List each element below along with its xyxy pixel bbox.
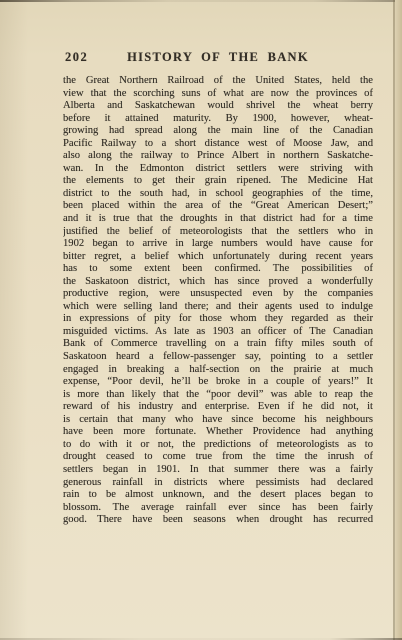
body-text: the Great Northern Railroad of the Unite… — [63, 75, 373, 527]
running-head: 202 HISTORY OF THE BANK — [63, 50, 373, 65]
text-line: blossom. The average rainfall ever since… — [63, 502, 373, 515]
text-line: wan. In the Edmonton district settlers w… — [63, 163, 373, 176]
running-header-title: HISTORY OF THE BANK — [63, 50, 373, 65]
text-line: growing had spread along the main line o… — [63, 125, 373, 138]
text-line: to do with it or not, the predictions of… — [63, 439, 373, 452]
text-line: is more than likely that the “poor devil… — [63, 389, 373, 402]
text-line: Bank of Commerce travelling on a train f… — [63, 338, 373, 351]
text-line: generous rainfall in districts where pes… — [63, 477, 373, 490]
text-line: expense, “Poor devil, he’ll be broke in … — [63, 376, 373, 389]
text-line: engaged in breaking a half-section on th… — [63, 364, 373, 377]
text-line: bitter regret, a belief which unfortunat… — [63, 251, 373, 264]
text-line: and it is true that the droughts in that… — [63, 213, 373, 226]
text-line: rain to be almost unknown, and the deser… — [63, 489, 373, 502]
text-line: before it attained maturity. By 1900, ho… — [63, 113, 373, 126]
page-edge-line — [393, 0, 395, 640]
text-line: the Great Northern Railroad of the Unite… — [63, 75, 373, 88]
text-line: the Saskatoon district, which has since … — [63, 276, 373, 289]
text-line: which were selling land there; and their… — [63, 301, 373, 314]
text-line: the elements to get their grain ripened.… — [63, 175, 373, 188]
text-line: in expressions of pity for those whom th… — [63, 313, 373, 326]
text-line: Alberta and Saskatchewan would shrivel t… — [63, 100, 373, 113]
text-line: Pacific Railway to a short distance west… — [63, 138, 373, 151]
page-edge-band — [395, 0, 402, 640]
text-line: reward of his industry and enterprise. E… — [63, 401, 373, 414]
text-line: is certain that many who have since beco… — [63, 414, 373, 427]
text-line: settlers began in 1901. In that summer t… — [63, 464, 373, 477]
text-line: productive region, were unsuspected even… — [63, 288, 373, 301]
top-edge-shadow — [0, 0, 402, 2]
text-line: district to the south had, in school geo… — [63, 188, 373, 201]
text-line: misguided victims. As late as 1903 an of… — [63, 326, 373, 339]
text-line: been placed within the area of the “Grea… — [63, 200, 373, 213]
book-page: 202 HISTORY OF THE BANK the Great Northe… — [0, 0, 402, 640]
text-line: 1902 began to arrive in large numbers wo… — [63, 238, 373, 251]
text-line: also along the railway to Prince Albert … — [63, 150, 373, 163]
text-line: view that the scorching suns of what are… — [63, 88, 373, 101]
text-line: have been more fortunate. Whether Provid… — [63, 426, 373, 439]
text-line: Saskatoon heard a fellow-passenger say, … — [63, 351, 373, 364]
text-line: drought ceased to come true from the tim… — [63, 451, 373, 464]
text-line: justified the belief of meteorologists t… — [63, 226, 373, 239]
text-line: good. There have been seasons when droug… — [63, 514, 373, 527]
text-line: has to some extent been confirmed. The p… — [63, 263, 373, 276]
